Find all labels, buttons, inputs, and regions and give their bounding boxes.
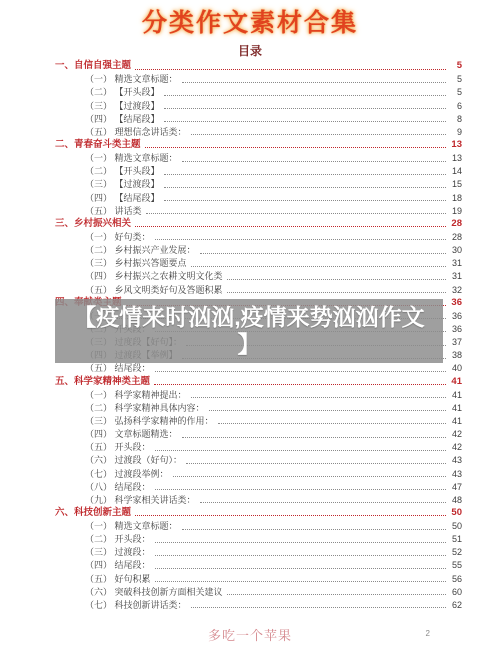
page-number: 19 bbox=[449, 205, 462, 217]
page-number: 5 bbox=[449, 86, 462, 98]
page-number: 9 bbox=[449, 126, 462, 138]
page-number: 2 bbox=[426, 629, 430, 638]
page-number: 50 bbox=[449, 520, 462, 532]
toc-section-heading[interactable]: 二、青春奋斗类主题13 bbox=[0, 138, 500, 151]
page-number: 15 bbox=[449, 178, 462, 190]
dotted-leader bbox=[227, 279, 446, 280]
page-number: 36 bbox=[449, 310, 462, 322]
dotted-leader bbox=[191, 397, 446, 398]
page-number: 6 bbox=[449, 100, 462, 112]
toc-entry[interactable]: （五） 好句积累56 bbox=[0, 571, 500, 584]
toc-entry-label: （七） 过渡段举例： bbox=[85, 468, 169, 480]
page-number: 36 bbox=[449, 297, 462, 309]
dotted-leader bbox=[164, 200, 446, 201]
toc-entry-label: （八） 结尾段： bbox=[85, 481, 151, 493]
toc-entry-label: （四） 【结尾段】 bbox=[85, 192, 160, 204]
toc-entry-label: （五） 开头段： bbox=[85, 441, 151, 453]
toc-entry-label: （六） 突破科技创新方面相关建议 bbox=[85, 586, 223, 598]
dotted-leader bbox=[186, 463, 446, 464]
dotted-leader bbox=[155, 568, 446, 569]
page-number: 48 bbox=[449, 494, 462, 506]
page-number: 32 bbox=[449, 284, 462, 296]
dotted-leader bbox=[182, 437, 446, 438]
toc-entry[interactable]: （五） 乡风文明类好句及答题积累32 bbox=[0, 282, 500, 295]
page-number: 38 bbox=[449, 349, 462, 361]
toc-entry[interactable]: （二） 【开头段】14 bbox=[0, 164, 500, 177]
toc-entry-label: （二） 【开头段】 bbox=[85, 165, 160, 177]
page-number: 41 bbox=[449, 402, 462, 414]
dotted-leader bbox=[182, 529, 446, 530]
document-title: 分类作文素材合集 bbox=[0, 3, 500, 39]
toc-entry-label: （四） 文章标题精选： bbox=[85, 428, 178, 440]
page-number: 13 bbox=[449, 139, 462, 151]
toc-entry[interactable]: （一） 精选文章标题：5 bbox=[0, 72, 500, 85]
page-number: 41 bbox=[449, 389, 462, 401]
toc-entry[interactable]: （二） 科学家精神具体内容：41 bbox=[0, 401, 500, 414]
dotted-leader bbox=[135, 226, 446, 227]
toc-entry-label: （五） 理想信念讲话类： bbox=[85, 126, 187, 138]
toc-entry-label: （五） 好句积累 bbox=[85, 573, 151, 585]
page-number: 60 bbox=[449, 586, 462, 598]
dotted-leader bbox=[155, 581, 446, 582]
page-number: 43 bbox=[449, 468, 462, 480]
toc-entry-label: （一） 精选文章标题： bbox=[85, 520, 178, 532]
page-number: 42 bbox=[449, 441, 462, 453]
page-number: 52 bbox=[449, 546, 462, 558]
toc-entry[interactable]: （五） 开头段：42 bbox=[0, 440, 500, 453]
toc-entry-label: （三） 乡村振兴答题要点 bbox=[85, 257, 187, 269]
toc-entry-label: （一） 好句类： bbox=[85, 231, 151, 243]
dotted-leader bbox=[200, 253, 446, 254]
toc-entry[interactable]: （六） 突破科技创新方面相关建议60 bbox=[0, 585, 500, 598]
dotted-leader bbox=[200, 502, 446, 503]
toc-entry[interactable]: （一） 精选文章标题：50 bbox=[0, 519, 500, 532]
toc-section-heading[interactable]: 三、乡村振兴相关28 bbox=[0, 217, 500, 230]
page-number: 41 bbox=[449, 415, 462, 427]
page-number: 40 bbox=[449, 362, 462, 374]
dotted-leader bbox=[155, 489, 446, 490]
dotted-leader bbox=[155, 542, 446, 543]
toc-entry-label: （一） 精选文章标题： bbox=[85, 73, 178, 85]
toc-entry[interactable]: （四） 【结尾段】18 bbox=[0, 190, 500, 203]
page-number: 55 bbox=[449, 559, 462, 571]
toc-entry-label: 六、科技创新主题 bbox=[55, 507, 131, 519]
toc-entry[interactable]: （九） 科学家相关讲话类：48 bbox=[0, 493, 500, 506]
toc-entry-label: 二、青春奋斗类主题 bbox=[55, 139, 141, 151]
toc-section-heading[interactable]: 五、科学家精神类主题41 bbox=[0, 374, 500, 387]
dotted-leader bbox=[155, 450, 446, 451]
dotted-leader bbox=[164, 95, 446, 96]
page-number: 62 bbox=[449, 599, 462, 611]
page-number: 31 bbox=[449, 270, 462, 282]
page-number: 51 bbox=[449, 533, 462, 545]
toc-entry[interactable]: （五） 讲话类19 bbox=[0, 204, 500, 217]
dotted-leader bbox=[164, 187, 446, 188]
dotted-leader bbox=[154, 384, 446, 385]
dotted-leader bbox=[155, 239, 446, 240]
toc-entry[interactable]: （八） 结尾段：47 bbox=[0, 480, 500, 493]
toc-entry[interactable]: （一） 好句类：28 bbox=[0, 230, 500, 243]
toc-entry-label: （二） 科学家精神具体内容： bbox=[85, 402, 205, 414]
dotted-leader bbox=[135, 515, 446, 516]
page-number: 31 bbox=[449, 257, 462, 269]
dotted-leader bbox=[164, 121, 446, 122]
page-number: 28 bbox=[449, 218, 462, 230]
toc-entry-label: （三） 弘扬科学家精神的作用： bbox=[85, 415, 214, 427]
toc-entry-label: 三、乡村振兴相关 bbox=[55, 218, 131, 230]
toc-entry-label: （九） 科学家相关讲话类： bbox=[85, 494, 196, 506]
toc-entry[interactable]: （四） 文章标题精选：42 bbox=[0, 427, 500, 440]
dotted-leader bbox=[155, 371, 446, 372]
page-number: 8 bbox=[449, 113, 462, 125]
page-number: 13 bbox=[449, 152, 462, 164]
caption-overlay-line1: 【疫情来时汹汹,疫情来势汹汹作文 bbox=[55, 304, 443, 331]
toc-entry[interactable]: （三） 【过渡段】6 bbox=[0, 98, 500, 111]
page-number: 42 bbox=[449, 428, 462, 440]
dotted-leader bbox=[182, 161, 446, 162]
toc-entry[interactable]: （七） 科技创新讲话类：62 bbox=[0, 598, 500, 611]
toc-entry-label: （四） 【结尾段】 bbox=[85, 113, 160, 125]
dotted-leader bbox=[191, 607, 446, 608]
toc-entry[interactable]: （五） 结尾段：40 bbox=[0, 361, 500, 374]
toc-entry[interactable]: （四） 乡村振兴之农耕文明文化类31 bbox=[0, 269, 500, 282]
toc-section-heading[interactable]: 六、科技创新主题50 bbox=[0, 506, 500, 519]
toc-entry[interactable]: （五） 理想信念讲话类：9 bbox=[0, 125, 500, 138]
toc-entry[interactable]: （一） 科学家精神提出：41 bbox=[0, 388, 500, 401]
dotted-leader bbox=[182, 82, 446, 83]
toc-entry-label: （五） 讲话类 bbox=[85, 205, 142, 217]
toc-entry-label: （四） 结尾段： bbox=[85, 559, 151, 571]
toc-entry-label: （二） 【开头段】 bbox=[85, 86, 160, 98]
toc-heading: 目录 bbox=[0, 42, 500, 59]
toc-entry[interactable]: （四） 结尾段：55 bbox=[0, 558, 500, 571]
dotted-leader bbox=[146, 213, 446, 214]
page-number: 41 bbox=[449, 376, 462, 388]
toc-entry-label: （七） 科技创新讲话类： bbox=[85, 599, 187, 611]
dotted-leader bbox=[227, 594, 446, 595]
toc-entry[interactable]: （三） 弘扬科学家精神的作用：41 bbox=[0, 414, 500, 427]
dotted-leader bbox=[145, 147, 446, 148]
toc-entry-label: （五） 结尾段： bbox=[85, 362, 151, 374]
page-number: 47 bbox=[449, 481, 462, 493]
toc-entry[interactable]: （三） 【过渡段】15 bbox=[0, 177, 500, 190]
dotted-leader bbox=[209, 410, 446, 411]
toc-entry-label: 一、自信自强主题 bbox=[55, 60, 131, 72]
toc-entry-label: （三） 过渡段： bbox=[85, 546, 151, 558]
page-number: 18 bbox=[449, 192, 462, 204]
toc-entry[interactable]: （六） 过渡段（好句）：43 bbox=[0, 453, 500, 466]
toc-entry[interactable]: （一） 精选文章标题：13 bbox=[0, 151, 500, 164]
dotted-leader bbox=[191, 266, 446, 267]
dotted-leader bbox=[155, 555, 446, 556]
toc-entry[interactable]: （三） 乡村振兴答题要点31 bbox=[0, 256, 500, 269]
toc-entry-label: （六） 过渡段（好句）： bbox=[85, 454, 182, 466]
dotted-leader bbox=[164, 108, 446, 109]
toc-entry-label: （一） 精选文章标题： bbox=[85, 152, 178, 164]
dotted-leader bbox=[173, 476, 446, 477]
toc-entry-label: （三） 【过渡段】 bbox=[85, 100, 160, 112]
toc-entry-label: （二） 开头段： bbox=[85, 533, 151, 545]
toc-entry[interactable]: （二） 开头段：51 bbox=[0, 532, 500, 545]
toc-entry-label: （二） 乡村振兴产业发展： bbox=[85, 244, 196, 256]
caption-overlay-band: 【疫情来时汹汹,疫情来势汹汹作文 】 bbox=[55, 299, 443, 363]
toc-entry[interactable]: （三） 过渡段：52 bbox=[0, 545, 500, 558]
page-number: 30 bbox=[449, 244, 462, 256]
dotted-leader bbox=[218, 423, 446, 424]
toc-entry[interactable]: （四） 【结尾段】8 bbox=[0, 112, 500, 125]
page-number: 5 bbox=[449, 73, 462, 85]
dotted-leader bbox=[191, 134, 446, 135]
toc-entry-label: （四） 乡村振兴之农耕文明文化类 bbox=[85, 270, 223, 282]
toc-entry-label: （五） 乡风文明类好句及答题积累 bbox=[85, 284, 223, 296]
document-page: 分类作文素材合集 目录 一、自信自强主题5（一） 精选文章标题：5（二） 【开头… bbox=[0, 0, 500, 666]
toc-entry-label: 五、科学家精神类主题 bbox=[55, 376, 150, 388]
page-number: 5 bbox=[449, 60, 462, 72]
page-number: 37 bbox=[449, 336, 462, 348]
dotted-leader bbox=[135, 69, 446, 70]
toc-entry[interactable]: （二） 【开头段】5 bbox=[0, 85, 500, 98]
toc-section-heading[interactable]: 一、自信自强主题5 bbox=[0, 59, 500, 72]
page-number: 28 bbox=[449, 231, 462, 243]
toc-entry[interactable]: （七） 过渡段举例：43 bbox=[0, 466, 500, 479]
page-number: 50 bbox=[449, 507, 462, 519]
caption-overlay-line2: 】 bbox=[55, 331, 443, 358]
page-number: 56 bbox=[449, 573, 462, 585]
toc-entry-label: （三） 【过渡段】 bbox=[85, 178, 160, 190]
dotted-leader bbox=[227, 292, 446, 293]
page-number: 36 bbox=[449, 323, 462, 335]
page-number: 43 bbox=[449, 454, 462, 466]
page-number: 14 bbox=[449, 165, 462, 177]
toc-entry[interactable]: （二） 乡村振兴产业发展：30 bbox=[0, 243, 500, 256]
toc-entry-label: （一） 科学家精神提出： bbox=[85, 389, 187, 401]
dotted-leader bbox=[164, 174, 446, 175]
